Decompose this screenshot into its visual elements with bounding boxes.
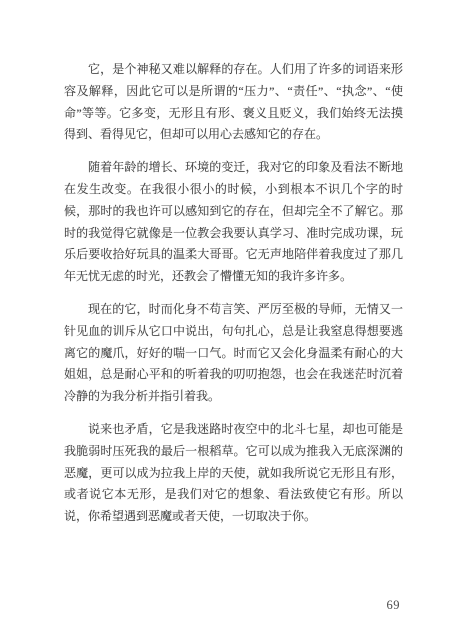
paragraph-3: 现在的它，时而化身不苟言笑、严厉至极的导师，无情又一针见血的训斥从它口中说出，句… (64, 299, 403, 408)
page-number: 69 (340, 598, 400, 613)
essay-body: 它，是个神秘又难以解释的存在。人们用了许多的词语来形容及解释，因此它可以是所谓的… (64, 59, 403, 539)
book-page: 它，是个神秘又难以解释的存在。人们用了许多的词语来形容及解释，因此它可以是所谓的… (0, 0, 450, 640)
paragraph-4: 说来也矛盾，它是我迷路时夜空中的北斗七星，却也可能是我脆弱时压死我的最后一根稻草… (64, 419, 403, 528)
paragraph-1: 它，是个神秘又难以解释的存在。人们用了许多的词语来形容及解释，因此它可以是所谓的… (64, 59, 403, 146)
paragraph-2: 随着年龄的增长、环境的变迁，我对它的印象及看法不断地在发生改变。在我很小很小的时… (64, 157, 403, 288)
